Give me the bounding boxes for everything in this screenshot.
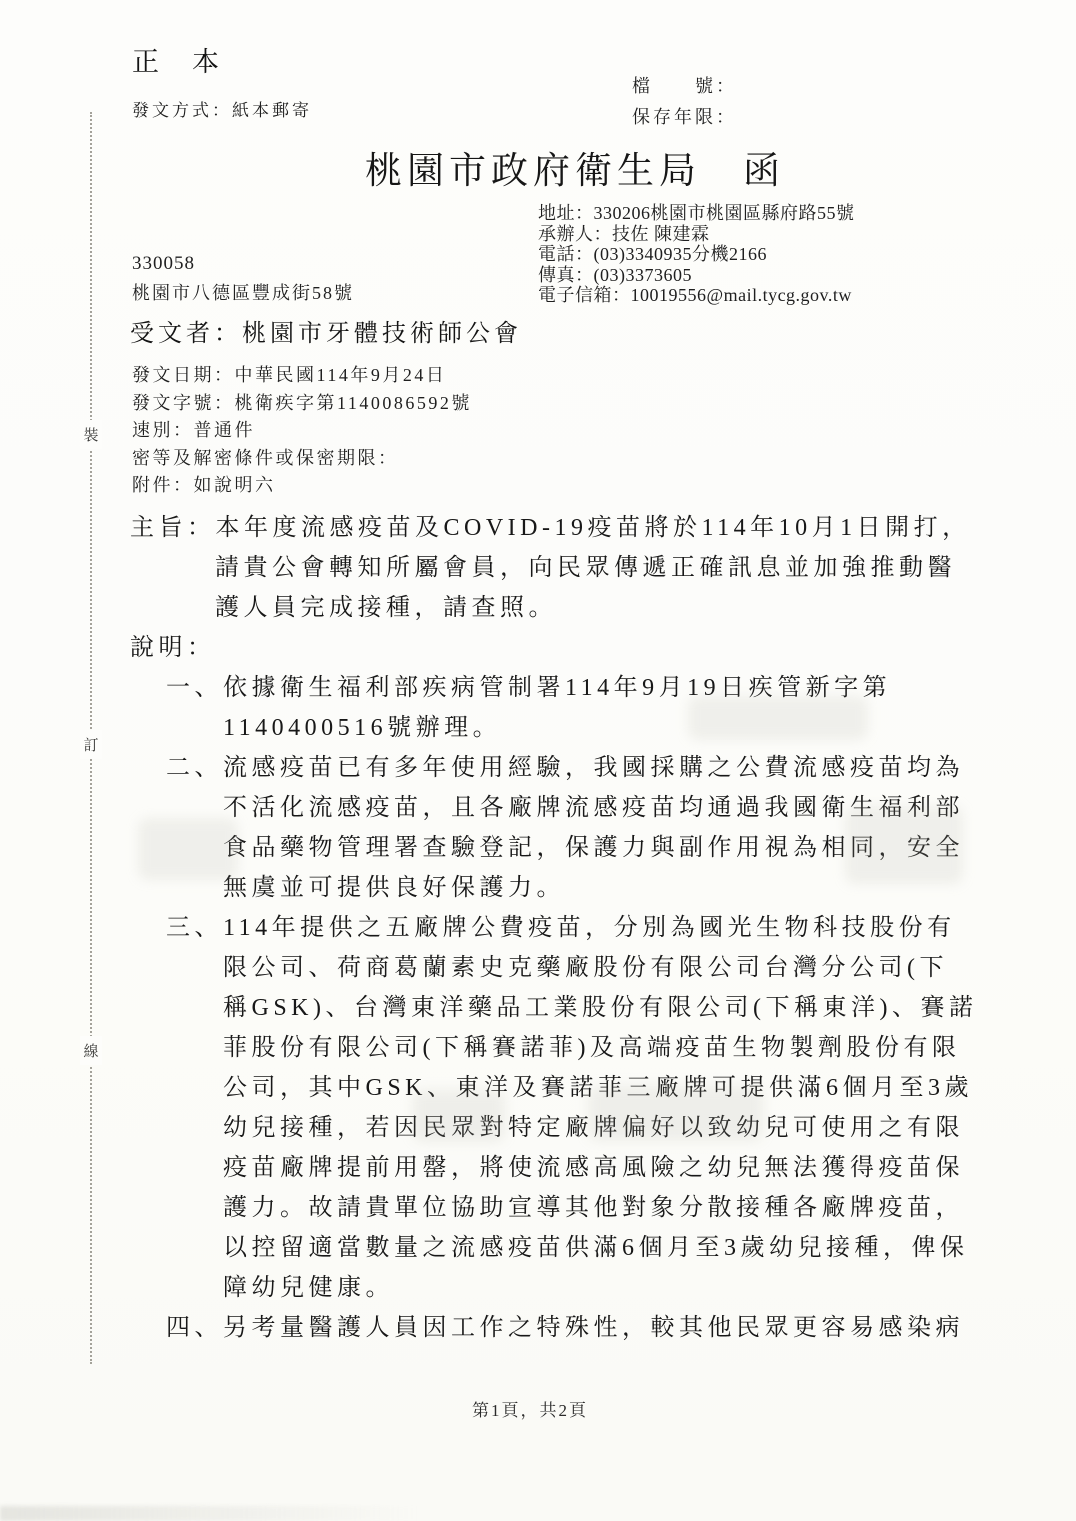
explanation-item-4-line: 四、另考量醫護人員因工作之特殊性，較其他民眾更容易感染病 xyxy=(130,1308,990,1348)
subject-line: 請貴公會轉知所屬會員，向民眾傳遞正確訊息並加強推動醫 xyxy=(130,548,990,588)
explanation-item-3-line: 限公司、荷商葛蘭素史克藥廠股份有限公司台灣分公司(下 xyxy=(130,948,990,988)
document-meta-block: 發文日期：中華民國114年9月24日 發文字號：桃衛疾字第1140086592號… xyxy=(132,362,472,500)
recipient-address: 桃園市八德區豐成街58號 xyxy=(132,279,354,305)
retention-period-label: 保存年限： xyxy=(632,103,737,129)
scanned-official-letter-page: 裝 訂 線 正 本 發文方式：紙本郵寄 檔 號： 保存年限： 桃園市政府衛生局 … xyxy=(0,0,1076,1521)
explanation-item-2-line: 食品藥物管理署查驗登記，保護力與副作用視為相同，安全 xyxy=(130,828,990,868)
explanation-item-2-line: 不活化流感疫苗，且各廠牌流感疫苗均通過我國衛生福利部 xyxy=(130,788,990,828)
sender-address: 地址：330206桃園市桃園區縣府路55號 xyxy=(538,203,855,224)
document-title: 桃園市政府衛生局 函 xyxy=(365,140,785,194)
explanation-item-1-line: 一、依據衛生福利部疾病管制署114年9月19日疾管新字第 xyxy=(130,668,990,708)
subject-line: 護人員完成接種，請查照。 xyxy=(130,588,990,628)
delivery-method: 發文方式：紙本郵寄 xyxy=(132,96,312,121)
explanation-item-3-line: 以控留適當數量之流感疫苗供滿6個月至3歲幼兒接種，俾保 xyxy=(130,1228,990,1268)
explanation-item-3-line: 幼兒接種，若因民眾對特定廠牌偏好以致幼兒可使用之有限 xyxy=(130,1108,990,1148)
page-footer: 第1頁，共2頁 xyxy=(472,1396,588,1421)
subject-label: 主旨： xyxy=(130,515,216,541)
recipient-postal-code: 330058 xyxy=(132,253,195,275)
document-number: 發文字號：桃衛疾字第1140086592號 xyxy=(132,390,472,418)
explanation-item-3-line: 公司，其中GSK、東洋及賽諾菲三廠牌可提供滿6個月至3歲 xyxy=(130,1068,990,1108)
scan-edge-shadow xyxy=(0,1506,420,1521)
issue-date: 發文日期：中華民國114年9月24日 xyxy=(132,362,472,390)
binding-mark-ding: 訂 xyxy=(80,730,102,759)
subject-text: 本年度流感疫苗及COVID-19疫苗將於114年10月1日開打， xyxy=(216,515,971,541)
item-text: 流感疫苗已有多年使用經驗，我國採購之公費流感疫苗均為 xyxy=(223,755,964,781)
item-text: 依據衛生福利部疾病管制署114年9月19日疾管新字第 xyxy=(223,675,891,701)
sender-contact-person: 承辦人：技佐 陳建霖 xyxy=(538,224,855,245)
explanation-item-2-line: 二、流感疫苗已有多年使用經驗，我國採購之公費流感疫苗均為 xyxy=(130,748,990,788)
item-text: 另考量醫護人員因工作之特殊性，較其他民眾更容易感染病 xyxy=(223,1315,964,1341)
priority-level: 速別：普通件 xyxy=(132,417,472,445)
item-number: 四、 xyxy=(166,1315,223,1341)
explanation-item-3-line: 護力。故請貴單位協助宣導其他對象分散接種各廠牌疫苗， xyxy=(130,1188,990,1228)
binding-mark-xian: 線 xyxy=(80,1036,102,1065)
sender-fax: 傳真：(03)3373605 xyxy=(538,265,855,286)
security-classification: 密等及解密條件或保密期限： xyxy=(132,445,472,473)
letter-body: 主旨：本年度流感疫苗及COVID-19疫苗將於114年10月1日開打， 請貴公會… xyxy=(130,508,990,1348)
sender-phone: 電話：(03)3340935分機2166 xyxy=(538,244,855,265)
explanation-item-3-line: 障幼兒健康。 xyxy=(130,1268,990,1308)
binding-mark-zhuang: 裝 xyxy=(80,420,102,449)
item-number: 一、 xyxy=(166,675,223,701)
explanation-item-3-line: 稱GSK)、台灣東洋藥品工業股份有限公司(下稱東洋)、賽諾 xyxy=(130,988,990,1028)
explanation-item-3-line: 菲股份有限公司(下稱賽諾菲)及高端疫苗生物製劑股份有限 xyxy=(130,1028,990,1068)
recipient-line: 受文者：桃園市牙體技術師公會 xyxy=(130,313,522,348)
explanation-item-2-line: 無虞並可提供良好保護力。 xyxy=(130,868,990,908)
attachment-note: 附件：如說明六 xyxy=(132,472,472,500)
sender-contact-block: 地址：330206桃園市桃園區縣府路55號 承辦人：技佐 陳建霖 電話：(03)… xyxy=(538,203,855,306)
item-number: 二、 xyxy=(166,755,223,781)
explanation-item-1-line: 1140400516號辦理。 xyxy=(130,708,990,748)
explanation-item-3-line: 疫苗廠牌提前用罄，將使流感高風險之幼兒無法獲得疫苗保 xyxy=(130,1148,990,1188)
copy-type-label: 正 本 xyxy=(132,40,222,79)
sender-email: 電子信箱：10019556@mail.tycg.gov.tw xyxy=(538,285,855,306)
item-text: 114年提供之五廠牌公費疫苗，分別為國光生物科技股份有 xyxy=(223,915,956,941)
explanation-item-3-line: 三、114年提供之五廠牌公費疫苗，分別為國光生物科技股份有 xyxy=(130,908,990,948)
subject-line: 主旨：本年度流感疫苗及COVID-19疫苗將於114年10月1日開打， xyxy=(130,508,990,548)
item-number: 三、 xyxy=(166,915,223,941)
explanation-label: 說明： xyxy=(130,628,990,668)
file-number-label: 檔 號： xyxy=(632,72,737,98)
